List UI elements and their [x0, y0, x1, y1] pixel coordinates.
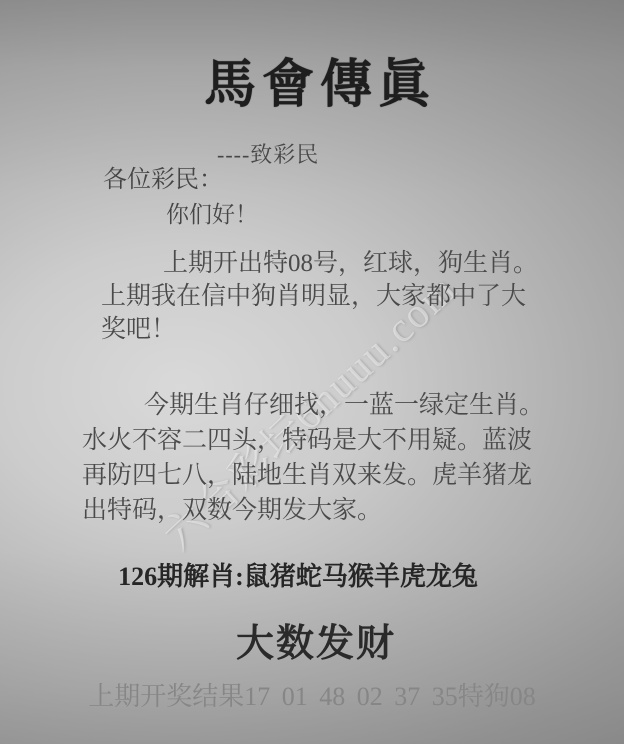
- fax-sheet: 六合彩坛6huuu.com 馬會傳眞 ----致彩民 各位彩民： 你们好！ 上期…: [0, 0, 624, 744]
- paragraph-line: 今期生肖仔细找，一蓝一绿定生肖。: [82, 388, 562, 423]
- greeting-line: 你们好！: [166, 196, 258, 229]
- slogan-line: 大数发财: [4, 612, 624, 667]
- zodiac-解肖-line: 126期解肖:鼠猪蛇马猴羊虎龙兔: [0, 556, 610, 593]
- salutation-line: 各位彩民：: [103, 159, 223, 194]
- paragraph-line: 奖吧！: [101, 313, 561, 346]
- paragraph-line: 水火不容二四头，特码是大不用疑。蓝波: [82, 423, 562, 458]
- paragraph-prediction: 今期生肖仔细找，一蓝一绿定生肖。 水火不容二四头，特码是大不用疑。蓝波 再防四七…: [82, 388, 562, 528]
- paragraph-line: 再防四七八，陆地生肖双来发。虎羊猪龙: [82, 458, 562, 493]
- paragraph-line: 出特码，双数今期发大家。: [82, 493, 562, 528]
- last-draw-result-line: 上期开奖结果17 01 48 02 37 35特狗08: [0, 676, 624, 713]
- paragraph-line: 上期开出特08号，红球，狗生肖。: [101, 247, 561, 280]
- paragraph-line: 上期我在信中狗肖明显，大家都中了大: [101, 280, 561, 313]
- dedication-line: ----致彩民: [217, 138, 319, 169]
- letter-title: 馬會傳眞: [8, 42, 624, 117]
- paragraph-last-draw: 上期开出特08号，红球，狗生肖。 上期我在信中狗肖明显，大家都中了大 奖吧！: [101, 247, 561, 346]
